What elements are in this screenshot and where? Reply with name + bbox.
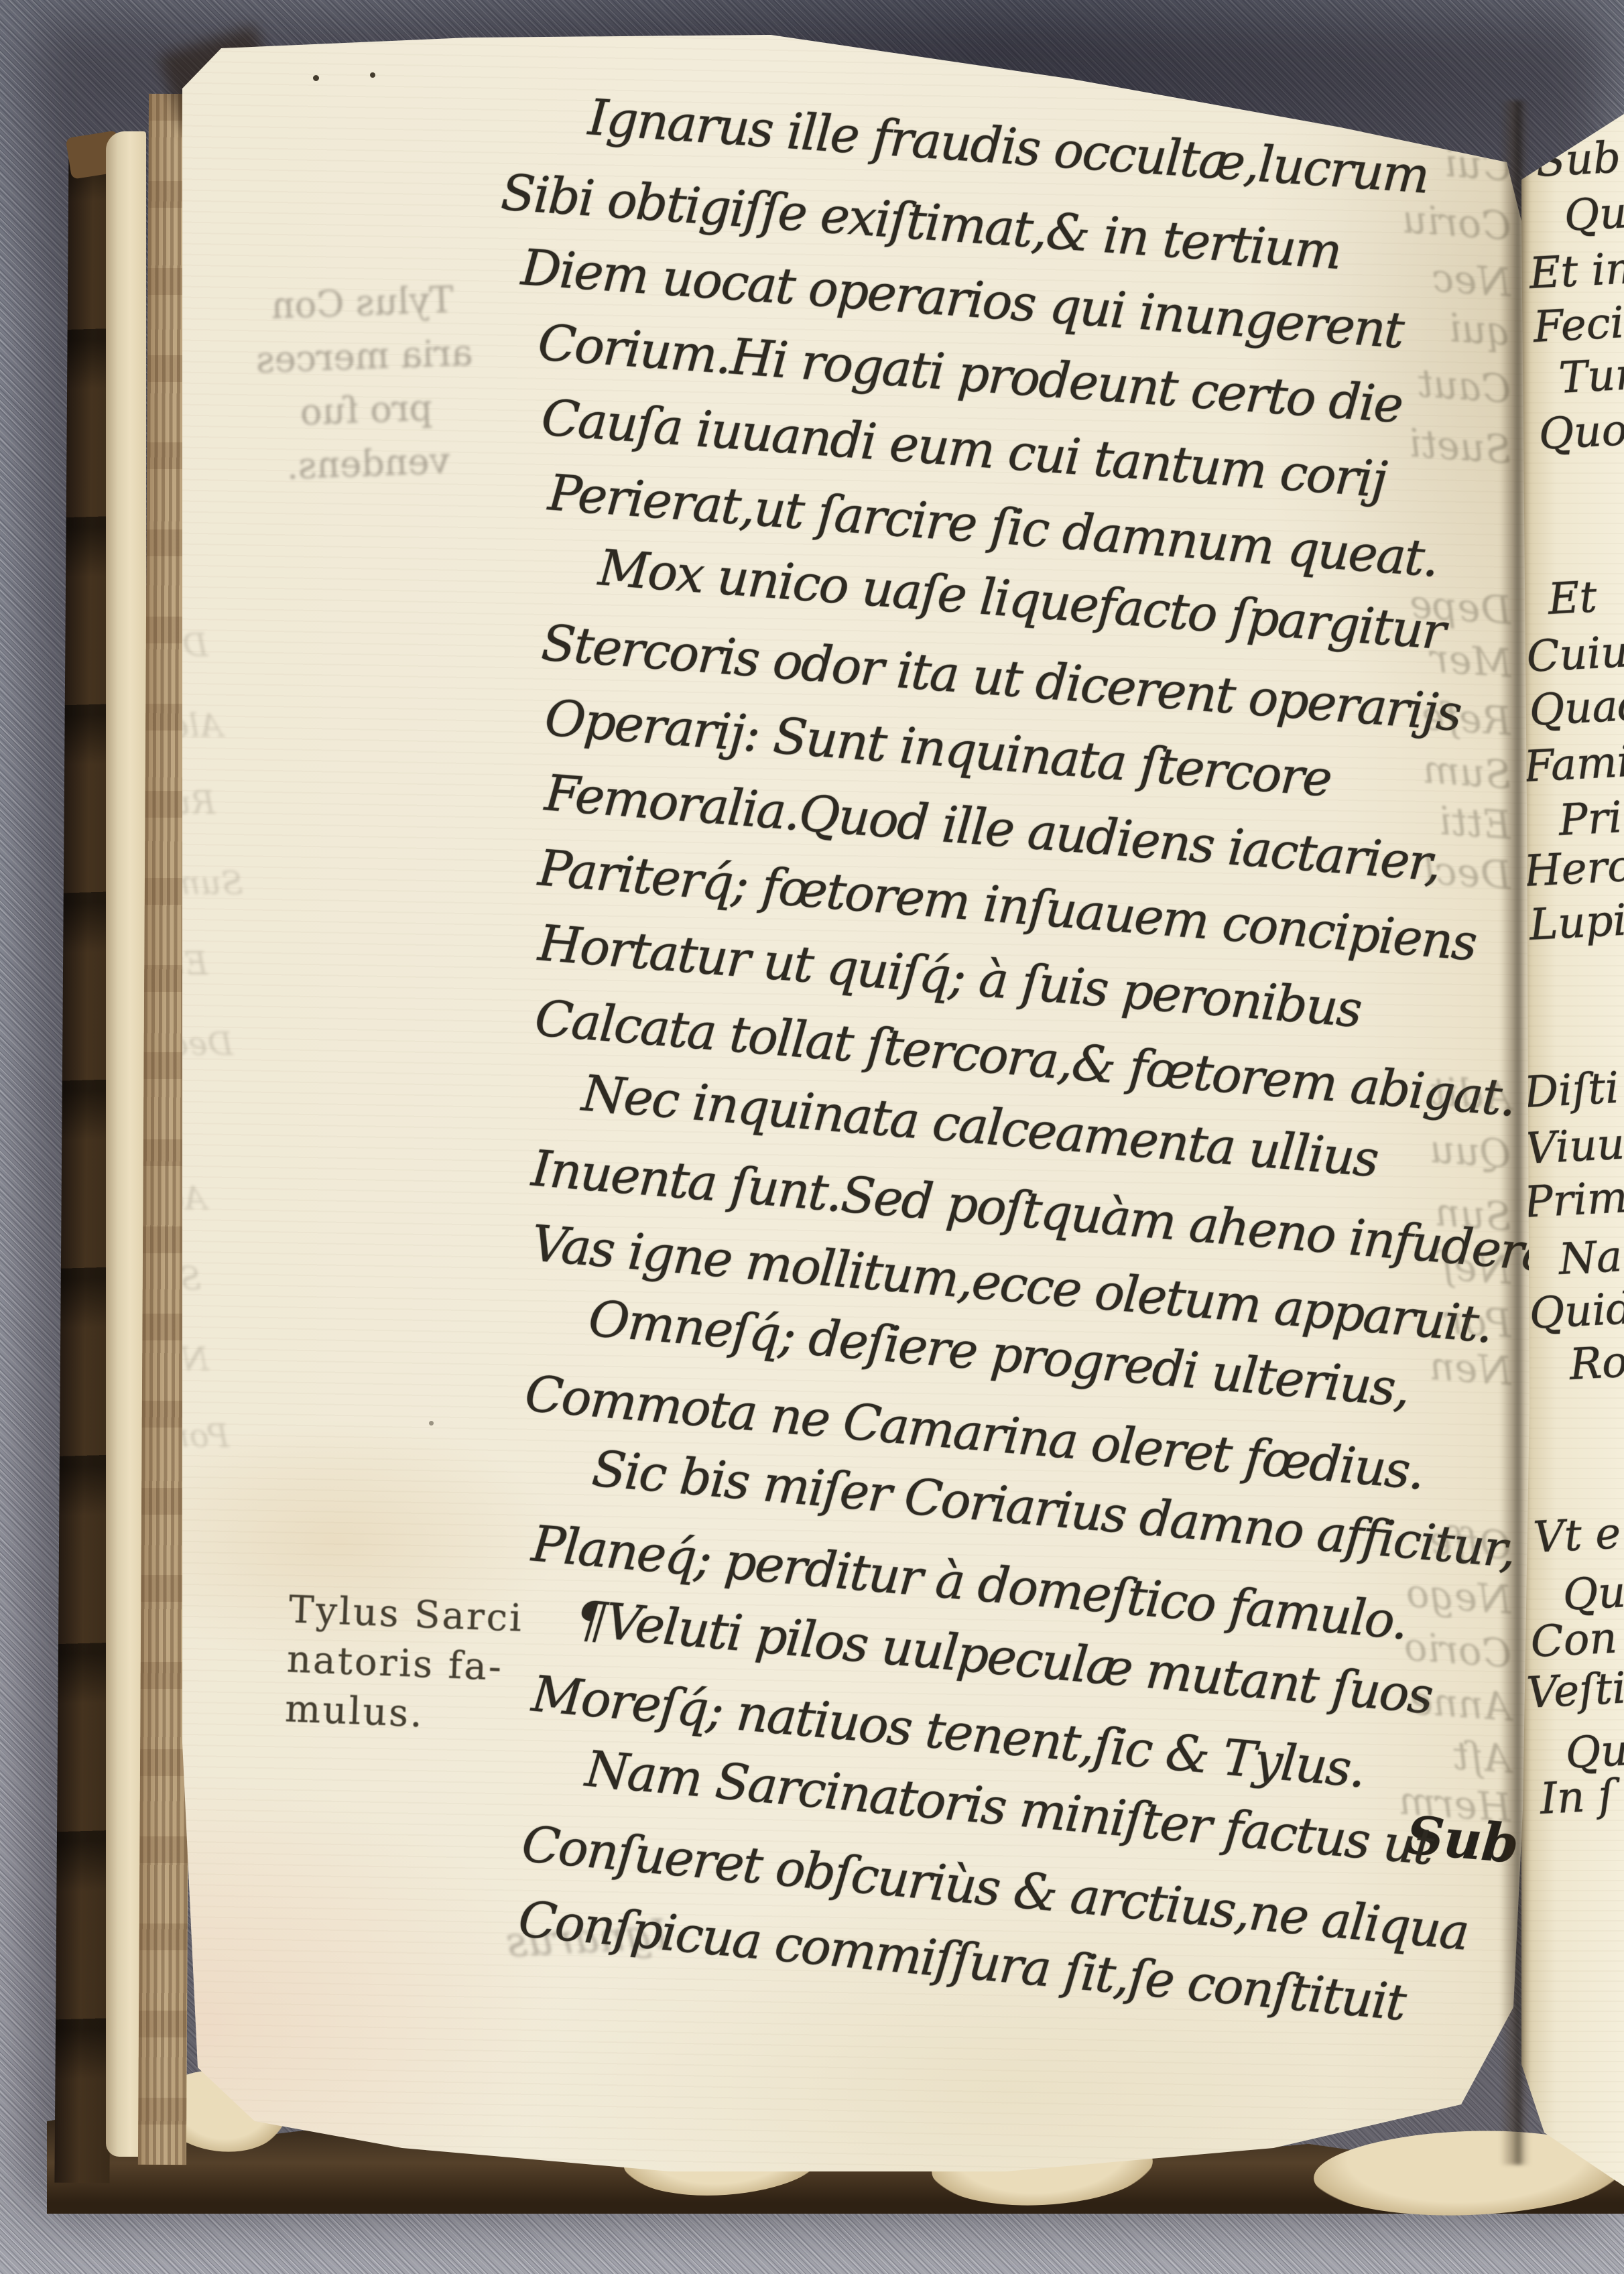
- next-page-partial-line: Veſti: [1525, 1663, 1624, 1718]
- next-page-partial-line: Quæ: [1563, 186, 1624, 241]
- edge-bleedthrough-token: Sueti: [1408, 420, 1513, 473]
- bleedthrough-note-line: aria merces: [219, 325, 509, 389]
- next-page-partial-line: Con: [1529, 1613, 1618, 1667]
- book-photo-scene: Sub cQuæEt imFecisTumQuodEtCuiusQuadFami…: [0, 0, 1624, 2274]
- next-page-partial-line: In ſ: [1539, 1771, 1615, 1824]
- next-page-partial-line: Qu: [1564, 1726, 1624, 1779]
- next-page-partial-line: Herc: [1523, 842, 1624, 897]
- edge-bleedthrough-token: Decl: [1422, 846, 1513, 898]
- edge-bleedthrough-token: Herm: [1397, 1777, 1513, 1831]
- next-page-partial-line: Diſti: [1523, 1064, 1620, 1118]
- next-page-partial-line: Cuius: [1525, 626, 1624, 682]
- bleedthrough-note-line: vendens.: [223, 432, 513, 495]
- next-page-sliver: Sub cQuæEt imFecisTumQuodEtCuiusQuadFami…: [1516, 0, 1624, 2274]
- margin-note-line: Tylus Sarci: [288, 1585, 525, 1643]
- next-page-partial-line: Fecis: [1532, 297, 1624, 353]
- next-page-partial-line: Quad: [1528, 680, 1624, 736]
- next-page-partial-line: Vt e: [1532, 1509, 1622, 1563]
- next-page-partial-line: Qu: [1562, 1568, 1624, 1621]
- edge-bleedthrough-token: Coriu: [1401, 196, 1513, 249]
- next-page-partial-line: Na: [1558, 1232, 1623, 1285]
- page-fold-shadow: [1500, 101, 1531, 2165]
- edge-bleedthrough-token: Caut: [1416, 360, 1513, 412]
- next-page-partial-line: Lupi: [1528, 895, 1624, 950]
- ink-speck: [370, 72, 375, 78]
- next-page-partial-line: Quod: [1538, 404, 1624, 460]
- ink-speck: [313, 75, 319, 81]
- next-page-partial-line: Pri: [1558, 793, 1623, 846]
- bleedthrough-note-line: Tylus Con: [218, 271, 508, 335]
- next-page-partial-line: Tum: [1558, 349, 1624, 403]
- edge-bleedthrough-token: Corio: [1402, 1623, 1513, 1676]
- margin-note: Tylus Sarci natoris fa- mulus.: [284, 1585, 525, 1743]
- next-page-partial-line: Ro: [1568, 1337, 1624, 1389]
- margin-note-line: mulus.: [284, 1684, 521, 1743]
- next-page-partial-line: Et im: [1528, 243, 1624, 299]
- ink-speck: [429, 1421, 434, 1426]
- next-page-partial-line: Viuu: [1524, 1119, 1624, 1174]
- edge-bleedthrough-token: Nego: [1405, 1570, 1513, 1623]
- edge-bleedthrough-token: Sum: [1422, 746, 1513, 798]
- next-page-partial-line: Et: [1547, 572, 1598, 625]
- bleedthrough-note-line: pro ſuo: [221, 378, 511, 442]
- bleedthrough-margin-note: Tylus Con aria merces pro ſuo vendens.: [218, 271, 513, 496]
- edge-bleedthrough-token: Depe: [1408, 581, 1513, 633]
- next-page-partial-line: Quid: [1528, 1284, 1624, 1339]
- main-page: Tylus Con aria merces pro ſuo vendens. T…: [0, 0, 1624, 2274]
- next-page-partial-line: Prim: [1523, 1173, 1624, 1228]
- margin-note-line: natoris fa-: [286, 1635, 523, 1693]
- next-page-partial-line: Fami: [1523, 737, 1624, 792]
- edge-bleedthrough-token: Anne: [1409, 1678, 1513, 1730]
- edge-bleedthrough-token: Refe: [1420, 692, 1513, 744]
